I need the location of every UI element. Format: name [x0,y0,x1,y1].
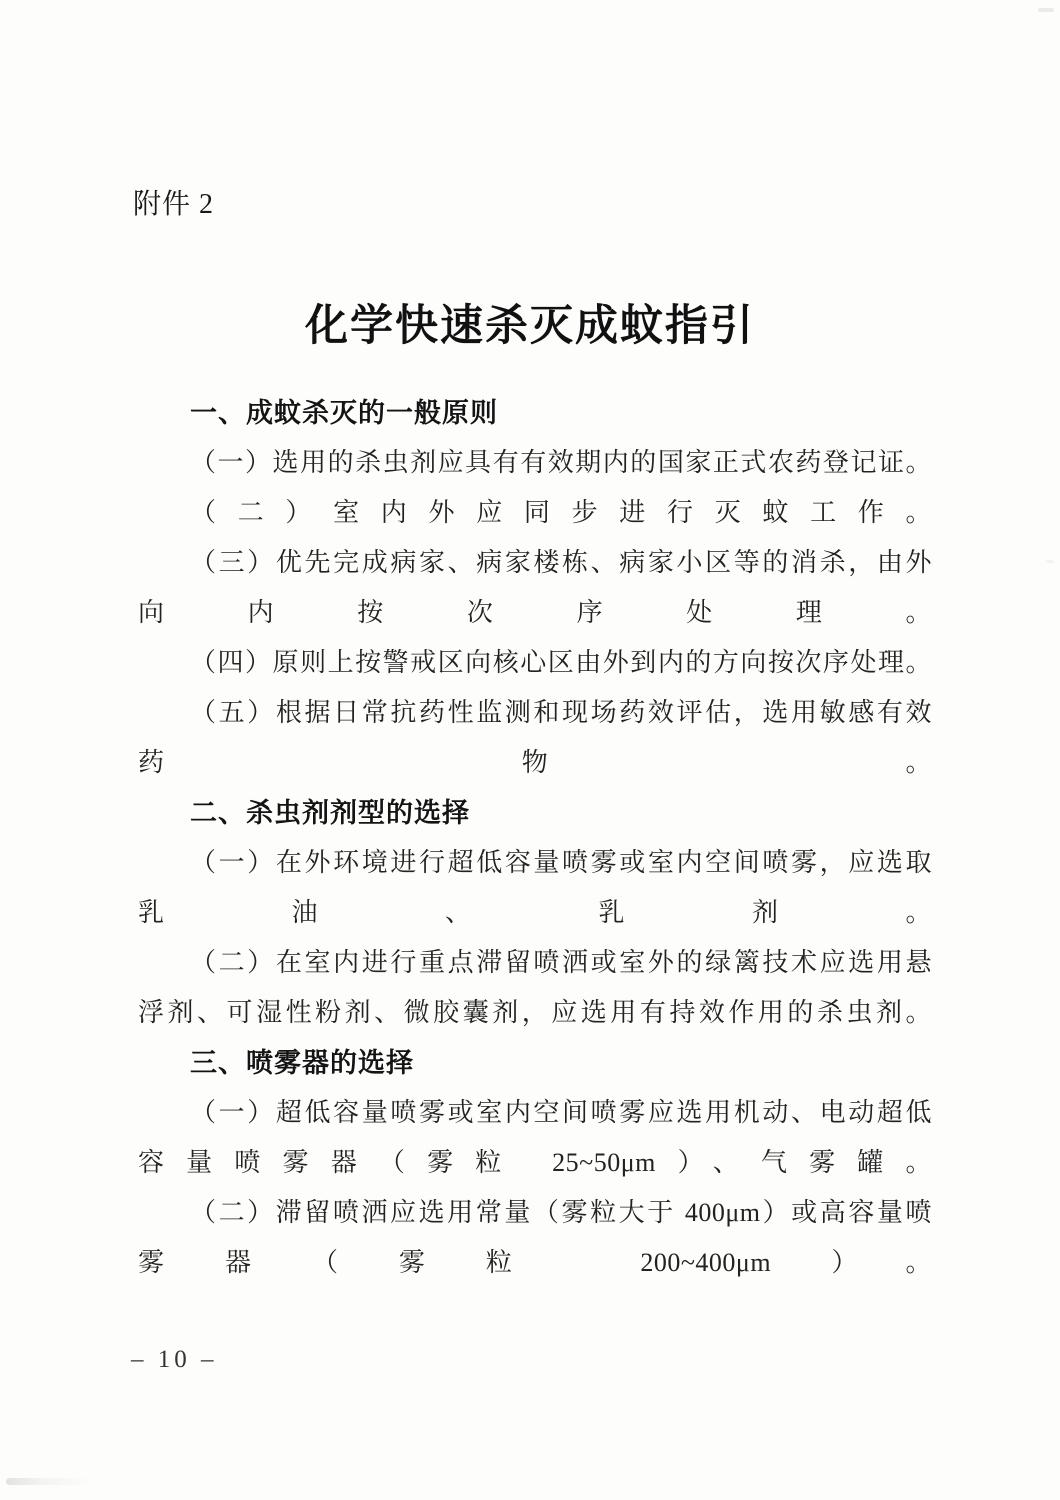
text-line: （一）超低容量喷雾或室内空间喷雾应选用机动、电动超低 [138,1088,932,1138]
page-number: – 10 – [131,1346,218,1374]
paragraph: （一）选用的杀虫剂应具有有效期内的国家正式农药登记证。 [138,438,932,488]
text-line: 乳油、乳剂。 [138,888,932,938]
text-line: 药物。 [138,738,932,788]
text-line: （二）在室内进行重点滞留喷洒或室外的绿篱技术应选用悬 [138,938,932,988]
paragraph: （一）超低容量喷雾或室内空间喷雾应选用机动、电动超低容量喷雾器（雾粒 25~50… [138,1088,932,1188]
document-page: 附件 2 化学快速杀灭成蚊指引 一、成蚊杀灭的一般原则（一）选用的杀虫剂应具有有… [0,0,1060,1500]
text-line: （四）原则上按警戒区向核心区由外到内的方向按次序处理。 [138,638,932,688]
paragraph: （三）优先完成病家、病家楼栋、病家小区等的消杀，由外向内按次序处理。 [138,538,932,638]
text-line: （一）在外环境进行超低容量喷雾或室内空间喷雾，应选取 [138,838,932,888]
text-line: （三）优先完成病家、病家楼栋、病家小区等的消杀，由外 [138,538,932,588]
text-line: （二）滞留喷洒应选用常量（雾粒大于 400μm）或高容量喷 [138,1188,932,1238]
paragraph: （二）滞留喷洒应选用常量（雾粒大于 400μm）或高容量喷雾器（雾粒 200~4… [138,1188,932,1288]
section-heading: 三、喷雾器的选择 [138,1038,932,1088]
scan-artifact [6,1478,90,1485]
text-line: 向内按次序处理。 [138,588,932,638]
text-line: 雾器（雾粒 200~400μm）。 [138,1238,932,1288]
paragraph: （五）根据日常抗药性监测和现场药效评估，选用敏感有效药物。 [138,688,932,788]
paragraph: （四）原则上按警戒区向核心区由外到内的方向按次序处理。 [138,638,932,688]
text-line: 容量喷雾器（雾粒 25~50μm）、气雾罐。 [138,1138,932,1188]
document-title: 化学快速杀灭成蚊指引 [0,292,1060,353]
section-heading: 一、成蚊杀灭的一般原则 [138,388,932,438]
scan-artifact [1038,8,1054,12]
text-line: 浮剂、可湿性粉剂、微胶囊剂，应选用有持效作用的杀虫剂。 [138,988,932,1038]
paragraph: （二）在室内进行重点滞留喷洒或室外的绿篱技术应选用悬浮剂、可湿性粉剂、微胶囊剂，… [138,938,932,1038]
scan-artifact [1046,560,1054,563]
attachment-label: 附件 2 [133,182,214,222]
text-line: （一）选用的杀虫剂应具有有效期内的国家正式农药登记证。 [138,438,932,488]
paragraph: （一）在外环境进行超低容量喷雾或室内空间喷雾，应选取乳油、乳剂。 [138,838,932,938]
text-line: （二）室内外应同步进行灭蚊工作。 [138,488,932,538]
section-heading: 二、杀虫剂剂型的选择 [138,788,932,838]
paragraph: （二）室内外应同步进行灭蚊工作。 [138,488,932,538]
text-line: （五）根据日常抗药性监测和现场药效评估，选用敏感有效 [138,688,932,738]
document-body: 一、成蚊杀灭的一般原则（一）选用的杀虫剂应具有有效期内的国家正式农药登记证。（二… [138,388,932,1288]
